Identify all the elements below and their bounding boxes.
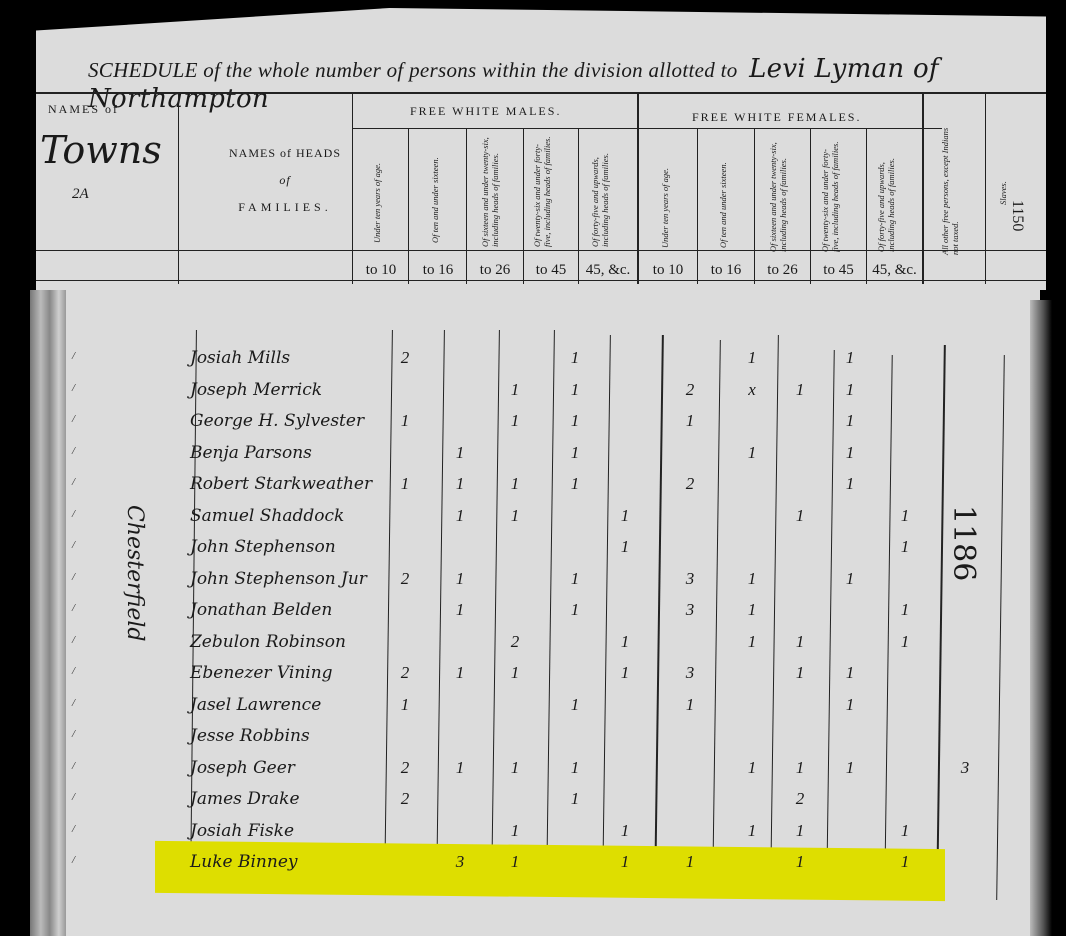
towns-number: 2A	[72, 186, 89, 203]
head-of-family-name: Samuel Shaddock	[190, 506, 344, 526]
tally-cell: 1	[835, 663, 865, 683]
tally-cell: 1	[560, 758, 590, 778]
book-binding	[30, 290, 66, 936]
head-of-family-name: Josiah Fiske	[190, 821, 294, 841]
tally-cell: 1	[560, 695, 590, 715]
tally-cell: 1	[610, 852, 640, 872]
margin-tick-mark: /	[72, 760, 75, 772]
margin-tick-mark: /	[72, 697, 75, 709]
tally-cell: 1	[835, 380, 865, 400]
tally-cell: 1	[890, 600, 920, 620]
tally-cell: 1	[890, 632, 920, 652]
tally-cell: 1	[610, 821, 640, 841]
tally-cell: 1	[785, 380, 815, 400]
margin-tick-mark: /	[72, 445, 75, 457]
tally-cell: 1	[560, 348, 590, 368]
tally-cell: 2	[390, 569, 420, 589]
tally-cell: 1	[390, 474, 420, 494]
head-of-family-name: John Stephenson Jur	[190, 569, 367, 589]
col-divider	[408, 128, 409, 284]
male-col-4-desc: Of twenty-six and under forty-five, incl…	[532, 135, 564, 247]
tally-cell: 1	[890, 821, 920, 841]
tally-cell: 1	[675, 695, 705, 715]
tally-cell: 1	[560, 789, 590, 809]
margin-tick-mark: /	[72, 571, 75, 583]
tally-cell: 2	[390, 348, 420, 368]
col-divider	[578, 128, 579, 284]
male-age-4: to 45	[524, 262, 578, 279]
tally-cell: 1	[445, 474, 475, 494]
head-of-family-name: Joseph Geer	[190, 758, 295, 778]
female-age-5: 45, &c.	[867, 262, 922, 279]
side-page-number: 1186	[946, 505, 981, 581]
margin-tick-mark: /	[72, 413, 75, 425]
margin-tick-mark: /	[72, 823, 75, 835]
head-of-family-name: James Drake	[190, 789, 300, 809]
male-age-5: 45, &c.	[579, 262, 637, 279]
tally-cell: 1	[610, 632, 640, 652]
tally-cell: 1	[675, 411, 705, 431]
tally-cell: 1	[890, 852, 920, 872]
schedule-title: SCHEDULE of the whole number of persons …	[88, 54, 1066, 114]
tally-cell: 1	[390, 411, 420, 431]
tally-cell: 1	[785, 663, 815, 683]
margin-tick-mark: /	[72, 602, 75, 614]
tally-cell: 3	[675, 569, 705, 589]
female-age-1: to 10	[640, 262, 696, 279]
tally-cell: 1	[560, 380, 590, 400]
tally-cell: 1	[500, 506, 530, 526]
head-of-family-name: Josiah Mills	[190, 348, 290, 368]
head-of-family-name: George H. Sylvester	[190, 411, 364, 431]
col-divider	[523, 128, 524, 284]
heads-header-line-1: NAMES of HEADS	[215, 140, 355, 167]
head-of-family-name: Jonathan Belden	[190, 600, 332, 620]
towns-header: NAMES of	[48, 102, 119, 117]
divider-slaves	[985, 94, 986, 284]
tally-cell: 1	[445, 663, 475, 683]
tally-cell: 1	[737, 569, 767, 589]
margin-tick-mark: /	[72, 350, 75, 362]
tally-cell: 1	[835, 443, 865, 463]
tally-cell: 3	[950, 758, 980, 778]
tally-cell: 2	[390, 758, 420, 778]
margin-tick-mark: /	[72, 476, 75, 488]
tally-cell: 1	[890, 506, 920, 526]
male-age-2: to 16	[410, 262, 466, 279]
margin-tick-mark: /	[72, 854, 75, 866]
tally-cell: 1	[737, 758, 767, 778]
head-of-family-name: John Stephenson	[190, 537, 336, 557]
top-right-number: 1150	[1008, 200, 1026, 231]
head-of-family-name: Ebenezer Vining	[190, 663, 333, 683]
tally-cell: 1	[785, 852, 815, 872]
tally-cell: 3	[445, 852, 475, 872]
age-row-rule	[36, 280, 1046, 281]
tally-cell: 1	[560, 600, 590, 620]
tally-cell: 1	[445, 758, 475, 778]
towns-handwritten: Towns	[40, 128, 162, 172]
tally-cell: 1	[835, 411, 865, 431]
female-age-4: to 45	[811, 262, 866, 279]
female-age-3: to 26	[755, 262, 810, 279]
tally-cell: 1	[835, 348, 865, 368]
tally-cell: 1	[445, 443, 475, 463]
heads-header-line-2: of	[215, 167, 355, 194]
head-of-family-name: Joseph Merrick	[190, 380, 322, 400]
male-col-3-desc: Of sixteen and under twenty-six, includi…	[480, 135, 502, 247]
free-white-males-header: FREE WHITE MALES.	[410, 104, 561, 119]
tally-cell: 1	[445, 600, 475, 620]
female-col-2-desc: Of ten and under sixteen.	[718, 140, 728, 248]
tally-cell: 1	[445, 569, 475, 589]
tally-cell: 1	[560, 474, 590, 494]
slaves-desc: Slaves.	[998, 165, 1008, 205]
tally-cell: 1	[390, 695, 420, 715]
tally-cell: 1	[610, 506, 640, 526]
margin-tick-mark: /	[72, 508, 75, 520]
male-col-1-desc: Under ten years of age.	[372, 135, 382, 243]
tally-cell: 1	[737, 821, 767, 841]
tally-cell: 1	[500, 852, 530, 872]
tally-cell: 1	[675, 852, 705, 872]
page-edge-shadow	[1030, 300, 1052, 936]
female-col-1-desc: Under ten years of age.	[660, 140, 670, 248]
head-of-family-name: Robert Starkweather	[190, 474, 372, 494]
tally-cell: 2	[390, 789, 420, 809]
group-header-rule	[352, 128, 942, 129]
tally-cell: 1	[500, 663, 530, 683]
tally-cell: 1	[737, 348, 767, 368]
tally-cell: 1	[835, 474, 865, 494]
tally-cell: 1	[500, 411, 530, 431]
tally-cell: 1	[835, 569, 865, 589]
heads-header-line-3: FAMILIES.	[215, 194, 355, 221]
tally-cell: 2	[785, 789, 815, 809]
free-white-females-header: FREE WHITE FEMALES.	[692, 110, 861, 125]
divider-sexes	[637, 94, 639, 284]
col-divider	[866, 128, 867, 284]
margin-tick-mark: /	[72, 791, 75, 803]
col-divider	[697, 128, 698, 284]
margin-tick-mark: /	[72, 634, 75, 646]
tally-cell: 1	[500, 380, 530, 400]
male-col-2-desc: Of ten and under sixteen.	[430, 135, 440, 243]
col-divider	[466, 128, 467, 284]
col-divider	[754, 128, 755, 284]
tally-cell: 1	[737, 632, 767, 652]
margin-tick-mark: /	[72, 728, 75, 740]
other-free-persons-desc: All other free persons, except Indians n…	[940, 115, 968, 255]
col-divider	[810, 128, 811, 284]
tally-cell: 1	[560, 411, 590, 431]
tally-cell: 3	[675, 663, 705, 683]
head-of-family-name: Jasel Lawrence	[190, 695, 321, 715]
divider-other	[922, 94, 924, 284]
tally-cell: 1	[785, 506, 815, 526]
female-col-4-desc: Of twenty-six and under forty-five, incl…	[820, 140, 852, 252]
tally-cell: 1	[835, 695, 865, 715]
tally-cell: 3	[675, 600, 705, 620]
margin-town-name: Chesterfield	[122, 505, 147, 642]
male-age-3: to 26	[467, 262, 523, 279]
tally-cell: 2	[675, 474, 705, 494]
tally-cell: 2	[390, 663, 420, 683]
head-of-family-name: Zebulon Robinson	[190, 632, 346, 652]
tally-cell: 1	[560, 569, 590, 589]
margin-tick-mark: /	[72, 382, 75, 394]
male-col-5-desc: Of forty-five and upwards, including hea…	[590, 135, 612, 247]
female-age-2: to 16	[698, 262, 754, 279]
divider-towns	[178, 94, 179, 284]
heads-of-families-header: NAMES of HEADS of FAMILIES.	[215, 140, 355, 221]
female-col-5-desc: Of forty-five and upwards, including hea…	[876, 140, 898, 252]
header-top-rule	[36, 92, 1046, 94]
head-of-family-name: Benja Parsons	[190, 443, 312, 463]
female-col-3-desc: Of sixteen and under twenty-six, includi…	[768, 140, 790, 252]
male-age-1: to 10	[354, 262, 408, 279]
tally-cell: 1	[560, 443, 590, 463]
tally-cell: 1	[785, 821, 815, 841]
tally-cell: 1	[785, 758, 815, 778]
tally-cell: 2	[675, 380, 705, 400]
tally-cell: 1	[737, 443, 767, 463]
tally-cell: 1	[890, 537, 920, 557]
tally-cell: 1	[737, 600, 767, 620]
margin-tick-mark: /	[72, 539, 75, 551]
tally-cell: 1	[610, 663, 640, 683]
tally-cell: 1	[610, 537, 640, 557]
tally-cell: 2	[500, 632, 530, 652]
head-of-family-name: Jesse Robbins	[190, 726, 310, 746]
margin-tick-mark: /	[72, 665, 75, 677]
title-printed: SCHEDULE of the whole number of persons …	[88, 58, 738, 82]
tally-cell: 1	[445, 506, 475, 526]
tally-cell: x	[737, 380, 767, 400]
tally-cell: 1	[500, 758, 530, 778]
head-of-family-name: Luke Binney	[190, 852, 298, 872]
tally-cell: 1	[500, 821, 530, 841]
tally-cell: 1	[835, 758, 865, 778]
tally-cell: 1	[500, 474, 530, 494]
tally-cell: 1	[785, 632, 815, 652]
